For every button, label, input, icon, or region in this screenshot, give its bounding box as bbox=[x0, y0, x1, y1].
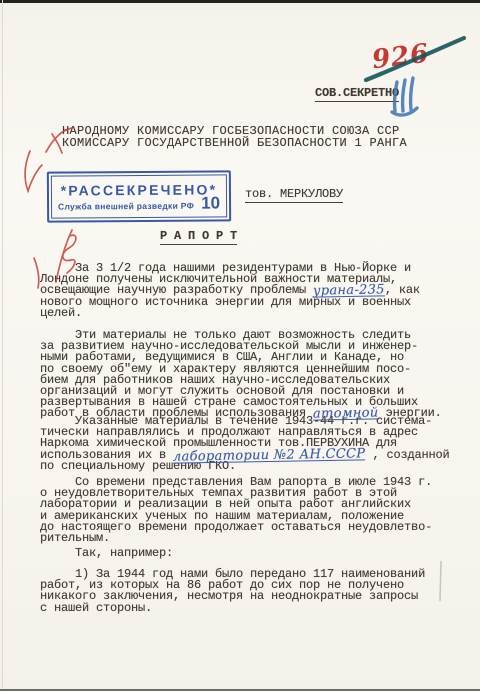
red-faint-slash bbox=[34, 258, 39, 288]
header-line-2: КОМИССАРУ ГОСУДАРСТВЕННОЙ БЕЗОПАСНОСТИ 1… bbox=[62, 138, 407, 150]
handwritten-insert: лаборатории №2 АН.СССР bbox=[173, 449, 366, 463]
declassified-stamp-inner: *РАССЕКРЕЧЕНО* Служба внешней разведки Р… bbox=[51, 174, 227, 218]
red-squiggle-stamp-left bbox=[25, 151, 42, 191]
paragraph-2: Эти материалы не только дают возможность… bbox=[40, 330, 442, 420]
scan-edge-left bbox=[2, 0, 3, 691]
typed-line: целей. bbox=[40, 308, 420, 319]
stamp-title: *РАССЕКРЕЧЕНО* bbox=[61, 181, 218, 198]
addressee: тов. МЕРКУЛОВУ bbox=[245, 187, 343, 201]
page-number-handwritten: 926 bbox=[370, 39, 431, 76]
report-title-text: Р А П О Р Т bbox=[160, 229, 237, 245]
stamp-subtitle: Служба внешней разведки РФ bbox=[58, 201, 194, 212]
typed-line: рительным. bbox=[40, 533, 432, 544]
stamp-number: 10 bbox=[201, 197, 220, 209]
paragraph-5: Так, например: bbox=[40, 548, 173, 559]
declassified-stamp: *РАССЕКРЕЧЕНО* Служба внешней разведки Р… bbox=[47, 170, 231, 222]
scan-edge-top bbox=[0, 0, 480, 3]
red-squiggle-header-2 bbox=[52, 134, 62, 153]
addressee-text: тов. МЕРКУЛОВУ bbox=[245, 187, 343, 203]
header-address: НАРОДНОМУ КОМИССАРУ ГОСБЕЗОПАСНОСТИ СОЮЗ… bbox=[62, 126, 407, 150]
stamp-row: Служба внешней разведки РФ 10 bbox=[58, 197, 220, 211]
pencil-margin-line bbox=[440, 561, 441, 601]
paragraph-1: За 3 1/2 года нашими резидентурами в Нью… bbox=[40, 263, 420, 319]
paragraph-4: Со времени представления Вам рапорта в и… bbox=[40, 477, 432, 544]
typed-segment: , созданной bbox=[365, 448, 449, 462]
classification-text: СОВ.СЕКРЕТНО bbox=[315, 86, 399, 102]
handwritten-insert: урана-235 bbox=[313, 286, 385, 298]
paragraph-3: Указанные материалы в течение 1943-44 г.… bbox=[40, 416, 449, 472]
typed-line: нового мощного источника энергии для мир… bbox=[40, 297, 420, 308]
document-scan: { "annotations": { "page_number_handwrit… bbox=[0, 0, 480, 691]
report-title: Р А П О Р Т bbox=[160, 229, 237, 243]
paragraph-6: 1) За 1944 год нами было передано 117 на… bbox=[40, 569, 425, 614]
typed-line: с нашей стороны. bbox=[40, 603, 425, 614]
classification-label: СОВ.СЕКРЕТНО bbox=[315, 86, 399, 100]
typed-line: Так, например: bbox=[40, 548, 173, 559]
